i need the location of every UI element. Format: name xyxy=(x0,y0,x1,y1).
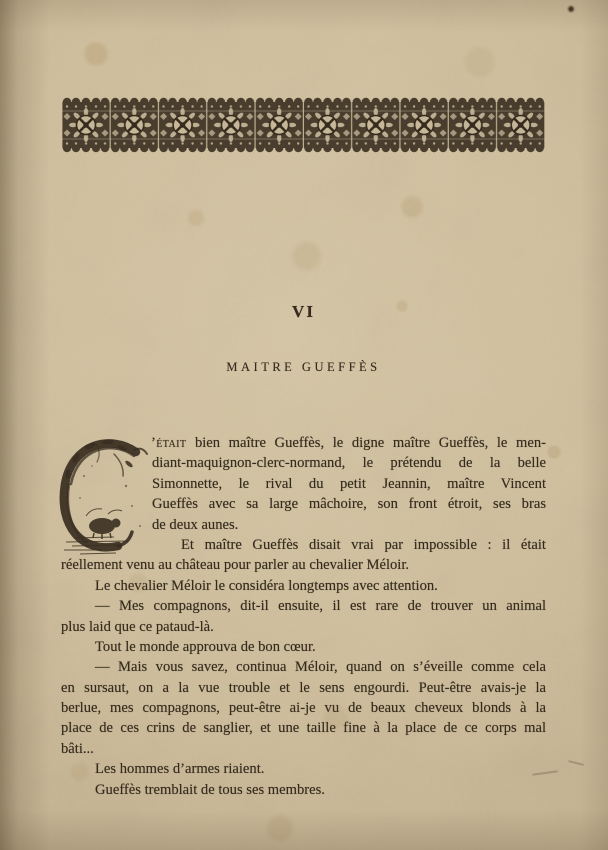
book-page: VI MAITRE GUEFFÈS xyxy=(0,0,608,850)
text-line: ’était bien maître Gueffès, le digne maî… xyxy=(151,433,546,453)
text-line: Les hommes d’armes riaient. xyxy=(61,759,546,779)
pencil-mark xyxy=(568,760,584,766)
text-line: diant-maquignon-clerc-normand, le préten… xyxy=(152,453,546,473)
text-line: Gueffès avec sa large mâchoire, son fron… xyxy=(152,494,546,514)
text-line: plus laid que ce pataud-là. xyxy=(61,617,546,637)
woodcut-initial-icon xyxy=(56,436,150,558)
body-text: ’était bien maître Gueffès, le digne maî… xyxy=(61,433,546,800)
floral-band-ornament xyxy=(62,96,545,154)
chapter-title: MAITRE GUEFFÈS xyxy=(61,360,546,375)
smallcaps-lead: ’était xyxy=(151,435,186,451)
text-line: de deux aunes. xyxy=(152,515,546,535)
text-line: Simonnette, le rival du petit Jeannin, m… xyxy=(152,474,546,494)
text-line: Et maître Gueffès disait vrai par imposs… xyxy=(181,535,546,555)
header-ornament-band xyxy=(62,96,545,154)
text-line: en sursaut, on a la vue trouble et le se… xyxy=(61,678,546,698)
chapter-number: VI xyxy=(61,302,546,322)
text-line: Tout le monde approuva de bon cœur. xyxy=(61,637,546,657)
text-line: Gueffès tremblait de tous ses membres. xyxy=(61,780,546,800)
dropcap-initial-c xyxy=(56,436,150,558)
text-line: berlue, mes compagnons, peut-être ai-je … xyxy=(61,698,546,718)
text-line: — Mais vous savez, continua Méloir, quan… xyxy=(61,657,546,677)
text-line: Le chevalier Méloir le considéra longtem… xyxy=(61,576,546,596)
text-line: réellement venu au château pour parler a… xyxy=(61,555,546,575)
text-line: — Mes compagnons, dit-il ensuite, il est… xyxy=(61,596,546,616)
text-line: bâti... xyxy=(61,739,546,759)
text-line: place de ces crins de sanglier, et une t… xyxy=(61,718,546,738)
text-line-rest: bien maître Gueffès, le digne maître Gue… xyxy=(186,435,546,451)
